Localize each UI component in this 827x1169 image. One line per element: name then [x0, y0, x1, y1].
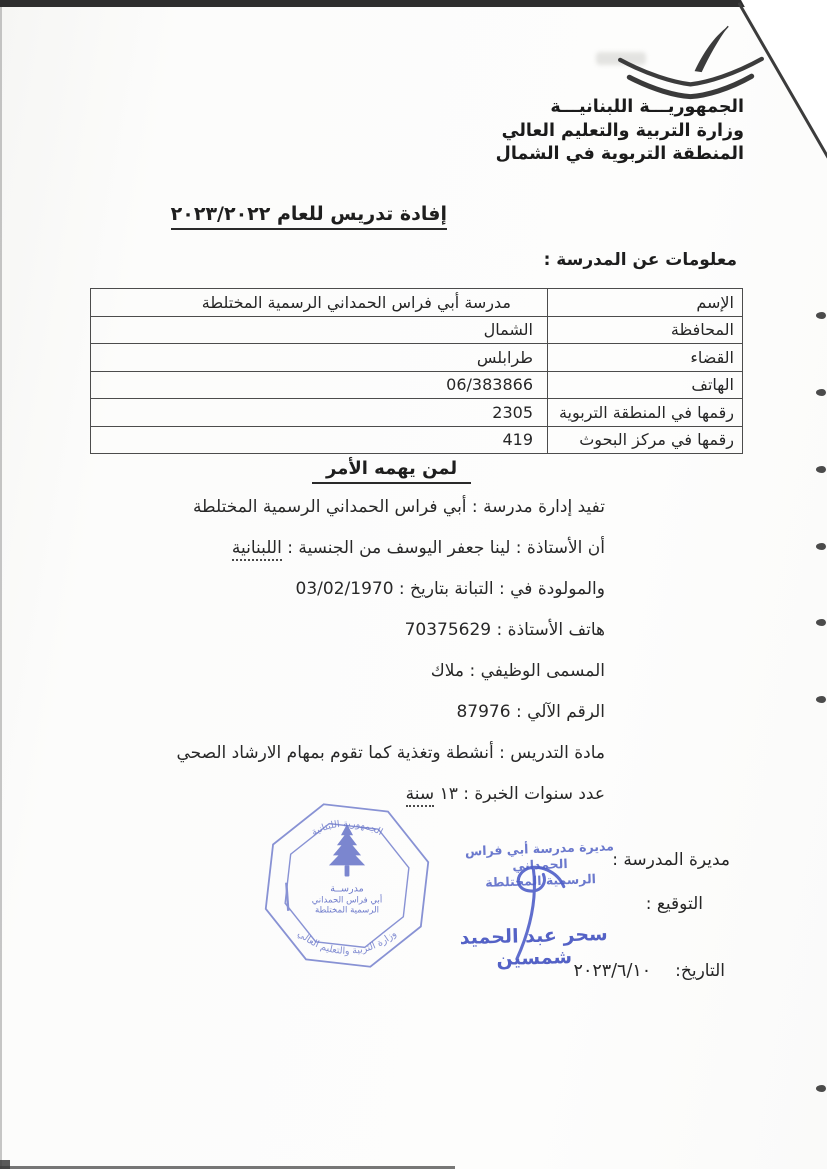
binding-hole-mark — [816, 619, 826, 626]
seal-center-line2: أبي فراس الحمداني — [312, 894, 383, 906]
teacher-line-text: أن الأستاذة : لينا جعفر اليوسف من الجنسي… — [282, 538, 605, 558]
letterhead-region: المنطقة التربوية في الشمال — [496, 143, 744, 167]
body-line-subject: مادة التدريس : أنشطة وتغذية كما تقوم بمه… — [176, 740, 605, 781]
row-label: المحافظة — [548, 316, 743, 344]
scanned-document-page: الجمهوريـــة اللبنانيـــة وزارة التربية … — [0, 0, 827, 1169]
principal-label: مديرة المدرسة : — [612, 850, 730, 870]
school-info-heading: معلومات عن المدرسة : — [544, 250, 737, 270]
binding-hole-mark — [816, 543, 826, 550]
document-title: إفادة تدريس للعام ٢٠٢٣/٢٠٢٢ — [171, 203, 447, 230]
table-row: المحافظة الشمال — [91, 316, 743, 344]
row-label: القضاء — [548, 344, 743, 372]
body-line-job-title: المسمى الوظيفي : ملاك — [176, 658, 605, 699]
date-value: ٢٠٢٣/٦/١٠ — [574, 961, 652, 981]
letterhead-republic: الجمهوريـــة اللبنانيـــة — [496, 96, 744, 120]
date-label: التاريخ: — [675, 961, 725, 981]
row-value: 2305 — [91, 399, 548, 427]
binding-hole-mark — [816, 1085, 826, 1092]
date-line: التاريخ:٢٠٢٣/٦/١٠ — [574, 961, 725, 981]
seal-center-line1: مدرســة — [330, 884, 363, 895]
row-value: مدرسة أبي فراس الحمداني الرسمية المختلطة — [91, 289, 548, 317]
row-label: رقمها في المنطقة التربوية — [548, 399, 743, 427]
scan-top-edge — [0, 0, 827, 7]
letterhead-ministry: وزارة التربية والتعليم العالي — [496, 120, 744, 144]
row-label: الإسم — [548, 289, 743, 317]
binding-hole-mark — [816, 389, 826, 396]
row-value: 419 — [91, 426, 548, 454]
body-line-auto-number: الرقم الآلي : 87976 — [176, 699, 605, 740]
experience-line-text: عدد سنوات الخبرة : ١٣ — [434, 784, 605, 804]
row-label: رقمها في مركز البحوث — [548, 426, 743, 454]
table-row: الهاتف 06/383866 — [91, 371, 743, 399]
nationality-value: اللبنانية — [232, 538, 282, 561]
body-line-teacher: أن الأستاذة : لينا جعفر اليوسف من الجنسي… — [176, 535, 605, 576]
row-value: 06/383866 — [91, 371, 548, 399]
table-row: القضاء طرابلس — [91, 344, 743, 372]
body-line-birth: والمولودة في : التبانة بتاريخ : 03/02/19… — [176, 576, 605, 617]
row-value: طرابلس — [91, 344, 548, 372]
school-seal-stamp: الجمهورية اللبنانية مدرســة أبي فراس الح… — [256, 798, 438, 974]
row-value: الشمال — [91, 316, 548, 344]
table-row: رقمها في المنطقة التربوية 2305 — [91, 399, 743, 427]
scan-bottom-corner — [0, 1160, 10, 1169]
ministry-education-logo-icon — [612, 24, 770, 104]
table-row: رقمها في مركز البحوث 419 — [91, 426, 743, 454]
seal-center-line3: الرسمية المختلطة — [315, 906, 379, 916]
scan-left-edge — [0, 0, 2, 1169]
school-info-table: الإسم مدرسة أبي فراس الحمداني الرسمية ال… — [90, 288, 743, 454]
body-line-phone: هاتف الأستاذة : 70375629 — [176, 617, 605, 658]
signature-label: التوقيع : — [646, 894, 703, 914]
certificate-body: تفيد إدارة مدرسة : أبي فراس الحمداني الر… — [176, 494, 605, 822]
body-line-school: تفيد إدارة مدرسة : أبي فراس الحمداني الر… — [176, 494, 605, 535]
letterhead: الجمهوريـــة اللبنانيـــة وزارة التربية … — [496, 96, 744, 167]
binding-hole-mark — [816, 312, 826, 319]
binding-hole-mark — [816, 466, 826, 473]
row-label: الهاتف — [548, 371, 743, 399]
concern-heading: لمن يهمه الأمر — [312, 458, 471, 484]
table-row: الإسم مدرسة أبي فراس الحمداني الرسمية ال… — [91, 289, 743, 317]
binding-hole-mark — [816, 696, 826, 703]
